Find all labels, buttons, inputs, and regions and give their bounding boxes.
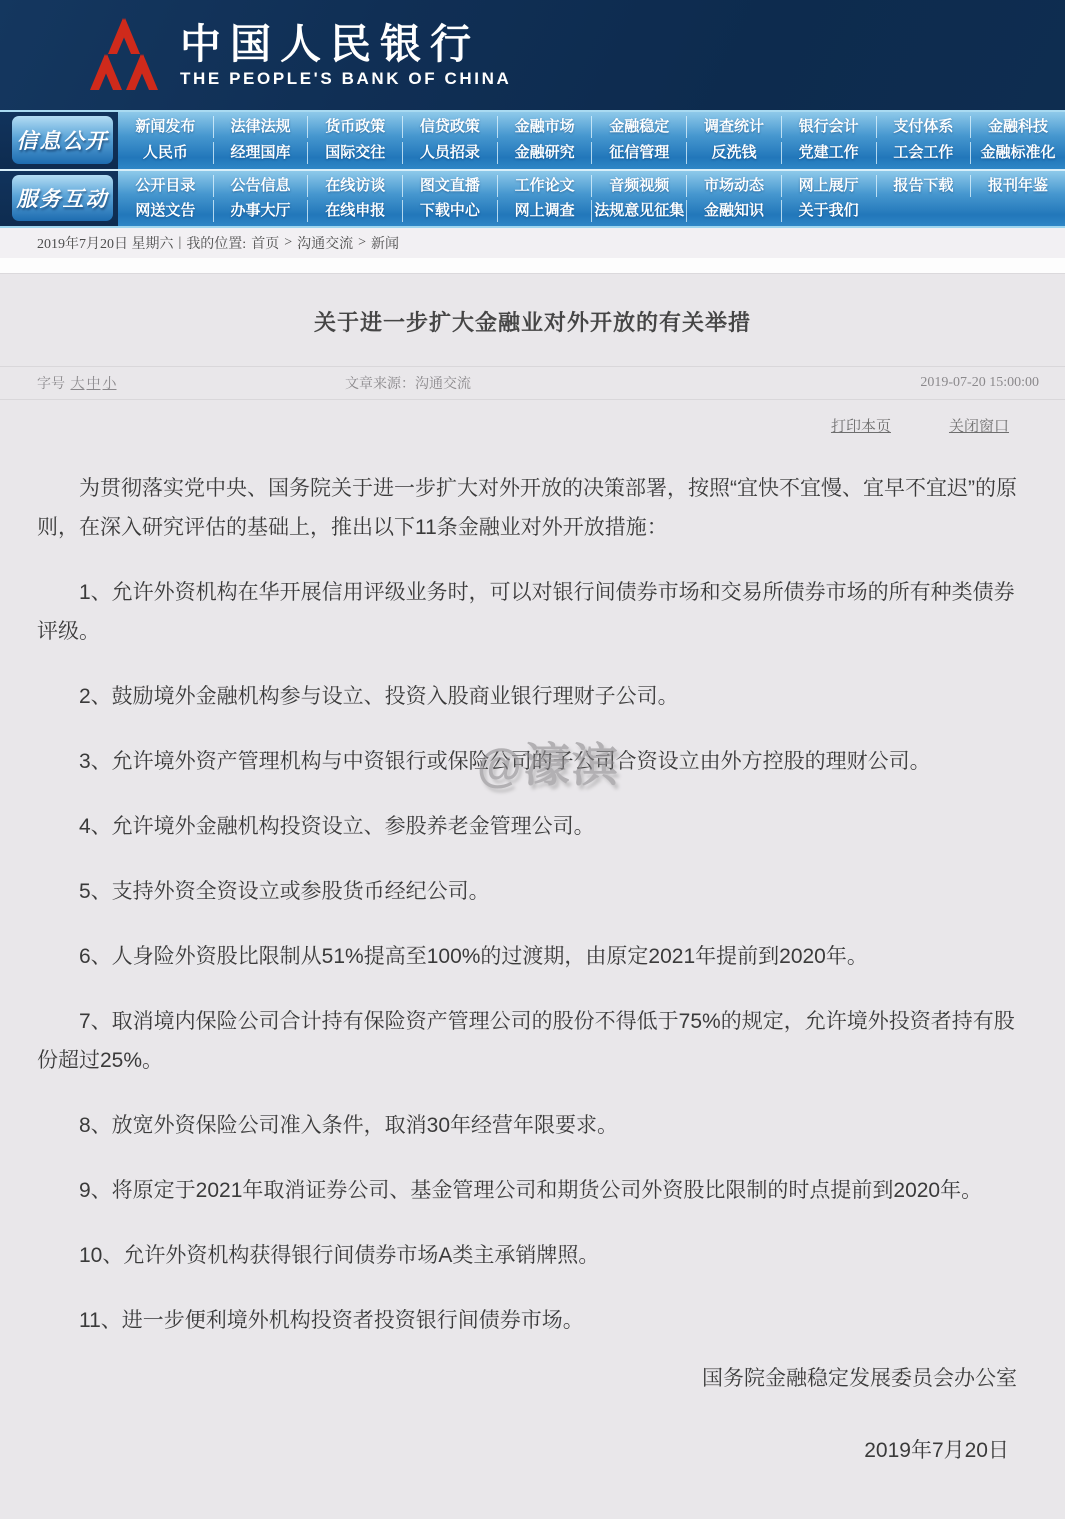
font-size-control: 字号 大中小: [0, 373, 345, 393]
close-window-link[interactable]: 关闭窗口: [949, 415, 1009, 436]
article-meta-row: 字号 大中小 文章来源：沟通交流 2019-07-20 15:00:00: [0, 366, 1065, 400]
nav-item[interactable]: 法律法规: [213, 116, 308, 138]
nav-row: 人民币经理国库国际交往人员招录金融研究征信管理反洗钱党建工作工会工作金融标准化: [118, 140, 1065, 166]
nav-item[interactable]: 金融稳定: [591, 116, 686, 138]
breadcrumb-current-page: 新闻: [371, 233, 399, 253]
article-paragraph: 7、取消境内保险公司合计持有保险资产管理公司的股份不得低于75%的规定，允许境外…: [37, 1002, 1028, 1080]
font-size-small-button[interactable]: 小: [103, 377, 117, 392]
breadcrumb-arrow: >: [284, 235, 292, 251]
article-datetime: 2019-07-20 15:00:00: [920, 375, 1065, 391]
nav-item[interactable]: 信贷政策: [402, 116, 497, 138]
divider-strip: [0, 258, 1065, 274]
article-paragraph: 10、允许外资机构获得银行间债券市场A类主承销牌照。: [37, 1236, 1028, 1275]
article-paragraph: 9、将原定于2021年取消证券公司、基金管理公司和期货公司外资股比限制的时点提前…: [37, 1171, 1028, 1210]
article-signature: 国务院金融稳定发展委员会办公室: [0, 1362, 1065, 1392]
nav-item[interactable]: 网送文告: [118, 200, 213, 222]
nav-item[interactable]: 公开目录: [118, 175, 213, 197]
nav-item[interactable]: 调查统计: [686, 116, 781, 138]
article-paragraph: 6、人身险外资股比限制从51%提高至100%的过渡期，由原定2021年提前到20…: [37, 937, 1028, 976]
nav-label-service-interaction: 服务互动: [12, 175, 113, 221]
nav-item[interactable]: 报刊年鉴: [970, 175, 1065, 197]
article-paragraph: 1、允许外资机构在华开展信用评级业务时，可以对银行间债券市场和交易所债券市场的所…: [37, 573, 1028, 651]
article-paragraph: 为贯彻落实党中央、国务院关于进一步扩大对外开放的决策部署，按照“宜快不宜慢、宜早…: [37, 469, 1028, 547]
article-actions: 打印本页 关闭窗口: [0, 413, 1065, 437]
font-size-label: 字号: [37, 377, 65, 392]
nav-item[interactable]: 国际交往: [307, 142, 402, 164]
nav-item[interactable]: 银行会计: [781, 116, 876, 138]
nav-label-wrap: 信息公开: [0, 112, 118, 169]
nav-item[interactable]: 反洗钱: [686, 142, 781, 164]
font-size-medium-button[interactable]: 中: [87, 377, 101, 392]
article-body: 为贯彻落实党中央、国务院关于进一步扩大对外开放的决策部署，按照“宜快不宜慢、宜早…: [0, 469, 1065, 1340]
breadcrumb: 2019年7月20日 星期六 | 我的位置: 首页 > 沟通交流 > 新闻: [0, 228, 1065, 258]
article-paragraph: 2、鼓励境外金融机构参与设立、投资入股商业银行理财子公司。: [37, 677, 1028, 716]
article-title: 关于进一步扩大金融业对外开放的有关举措: [0, 308, 1065, 338]
article: 关于进一步扩大金融业对外开放的有关举措 字号 大中小 文章来源：沟通交流 201…: [0, 308, 1065, 1464]
nav-item[interactable]: 征信管理: [591, 142, 686, 164]
nav-rows: 公开目录公告信息在线访谈图文直播工作论文音频视频市场动态网上展厅报告下载报刊年鉴…: [118, 171, 1065, 226]
nav-rows: 新闻发布法律法规货币政策信贷政策金融市场金融稳定调查统计银行会计支付体系金融科技…: [118, 112, 1065, 169]
breadcrumb-section-link[interactable]: 沟通交流: [297, 233, 353, 253]
nav-item[interactable]: 法规意见征集: [591, 200, 686, 222]
nav-item[interactable]: 市场动态: [686, 175, 781, 197]
nav-item[interactable]: 金融标准化: [970, 142, 1065, 164]
nav-item[interactable]: 金融科技: [970, 116, 1065, 138]
font-size-large-button[interactable]: 大: [71, 377, 85, 392]
nav-item[interactable]: 网上展厅: [781, 175, 876, 197]
breadcrumb-arrow: >: [358, 235, 366, 251]
source-value: 沟通交流: [415, 377, 471, 392]
nav-item[interactable]: 下载中心: [402, 200, 497, 222]
bank-name-cn: 中国人民银行: [180, 22, 511, 66]
breadcrumb-divider: |: [179, 235, 182, 251]
breadcrumb-date: 2019年7月20日 星期六: [37, 233, 174, 253]
logo-text: 中国人民银行 THE PEOPLE'S BANK OF CHINA: [180, 22, 511, 89]
nav-section-service: 服务互动 公开目录公告信息在线访谈图文直播工作论文音频视频市场动态网上展厅报告下…: [0, 169, 1065, 226]
article-paragraph: 8、放宽外资保险公司准入条件，取消30年经营年限要求。: [37, 1106, 1028, 1145]
pbc-logo: 中国人民银行 THE PEOPLE'S BANK OF CHINA: [86, 15, 511, 95]
nav-label-info-disclosure: 信息公开: [12, 116, 113, 164]
nav-cell-empty: [876, 200, 971, 222]
nav-item[interactable]: 在线访谈: [307, 175, 402, 197]
article-paragraph: 11、进一步便利境外机构投资者投资银行间债券市场。: [37, 1301, 1028, 1340]
article-paragraph: 5、支持外资全资设立或参股货币经纪公司。: [37, 872, 1028, 911]
nav-item[interactable]: 金融市场: [497, 116, 592, 138]
nav-row: 网送文告办事大厅在线申报下载中心网上调查法规意见征集金融知识关于我们: [118, 198, 1065, 223]
nav-item[interactable]: 在线申报: [307, 200, 402, 222]
nav-label-wrap: 服务互动: [0, 171, 118, 226]
nav-item[interactable]: 人员招录: [402, 142, 497, 164]
nav-item[interactable]: 新闻发布: [118, 116, 213, 138]
print-page-link[interactable]: 打印本页: [831, 415, 891, 436]
article-paragraph: 4、允许境外金融机构投资设立、参股养老金管理公司。: [37, 807, 1028, 846]
breadcrumb-location-label: 我的位置:: [186, 233, 246, 253]
article-sign-date: 2019年7月20日: [0, 1434, 1065, 1464]
nav-section-info: 信息公开 新闻发布法律法规货币政策信贷政策金融市场金融稳定调查统计银行会计支付体…: [0, 112, 1065, 169]
nav-item[interactable]: 音频视频: [591, 175, 686, 197]
nav-item[interactable]: 党建工作: [781, 142, 876, 164]
nav-item[interactable]: 支付体系: [876, 116, 971, 138]
nav-item[interactable]: 工会工作: [876, 142, 971, 164]
source-label: 文章来源：: [345, 377, 415, 392]
nav-item[interactable]: 金融知识: [686, 200, 781, 222]
nav-item[interactable]: 图文直播: [402, 175, 497, 197]
nav-item[interactable]: 公告信息: [213, 175, 308, 197]
pbc-emblem-icon: [86, 15, 162, 95]
nav-item[interactable]: 人民币: [118, 142, 213, 164]
article-paragraph: 3、允许境外资产管理机构与中资银行或保险公司的子公司合资设立由外方控股的理财公司…: [37, 742, 1028, 781]
page: 中国人民银行 THE PEOPLE'S BANK OF CHINA 信息公开 新…: [0, 0, 1065, 1519]
nav-row: 公开目录公告信息在线访谈图文直播工作论文音频视频市场动态网上展厅报告下载报刊年鉴: [118, 173, 1065, 198]
main-navigation: 信息公开 新闻发布法律法规货币政策信贷政策金融市场金融稳定调查统计银行会计支付体…: [0, 110, 1065, 228]
nav-item[interactable]: 经理国库: [213, 142, 308, 164]
nav-item[interactable]: 关于我们: [781, 200, 876, 222]
breadcrumb-home-link[interactable]: 首页: [251, 233, 279, 253]
nav-item[interactable]: 网上调查: [497, 200, 592, 222]
nav-item[interactable]: 金融研究: [497, 142, 592, 164]
article-source: 文章来源：沟通交流: [345, 373, 920, 393]
nav-item[interactable]: 办事大厅: [213, 200, 308, 222]
nav-item[interactable]: 报告下载: [876, 175, 971, 197]
bank-name-en: THE PEOPLE'S BANK OF CHINA: [180, 69, 511, 89]
nav-cell-empty: [970, 200, 1065, 222]
site-header: 中国人民银行 THE PEOPLE'S BANK OF CHINA: [0, 0, 1065, 110]
nav-item[interactable]: 工作论文: [497, 175, 592, 197]
nav-row: 新闻发布法律法规货币政策信贷政策金融市场金融稳定调查统计银行会计支付体系金融科技: [118, 114, 1065, 140]
nav-item[interactable]: 货币政策: [307, 116, 402, 138]
